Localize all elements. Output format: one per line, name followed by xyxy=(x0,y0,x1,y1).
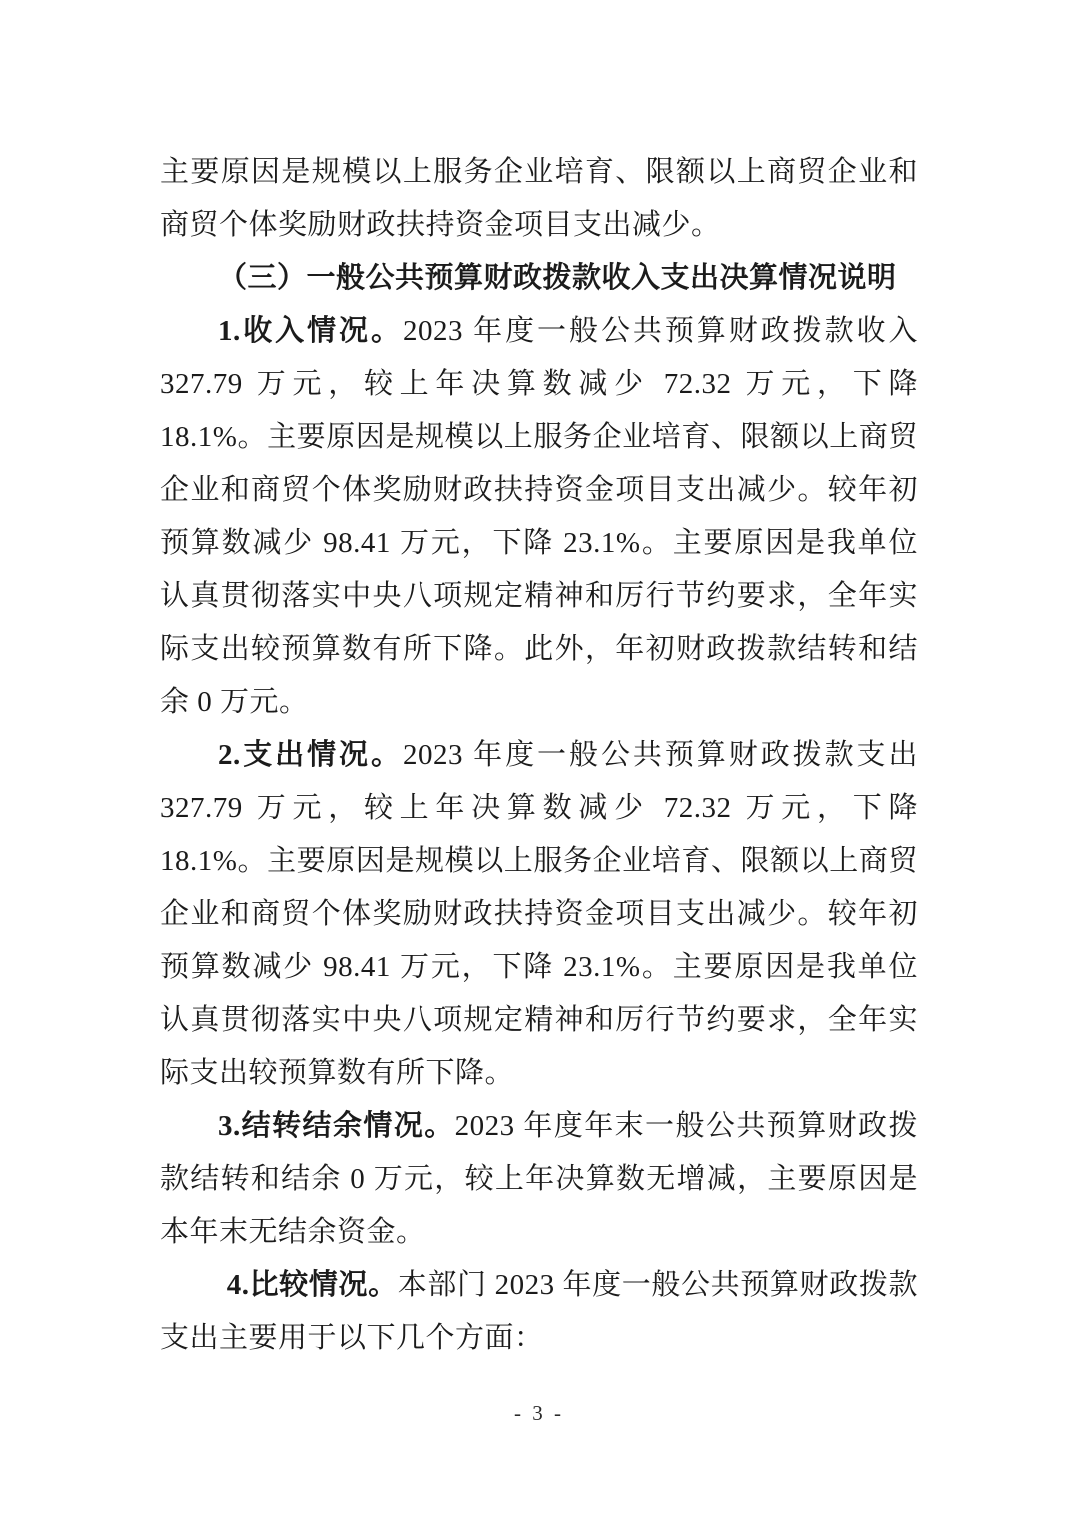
paragraph-income: 1.收入情况。2023 年度一般公共预算财政拨款收入 327.79 万元，较上年… xyxy=(160,305,918,729)
paragraph-income-text: 2023 年度一般公共预算财政拨款收入 327.79 万元，较上年决算数减少 7… xyxy=(160,315,918,718)
paragraph-expenditure: 2.支出情况。2023 年度一般公共预算财政拨款支出 327.79 万元，较上年… xyxy=(160,729,918,1100)
paragraph-expenditure-label: 2.支出情况。 xyxy=(218,739,403,771)
page-number: - 3 - xyxy=(0,1398,1075,1428)
document-page: 主要原因是规模以上服务企业培育、限额以上商贸企业和商贸个体奖励财政扶持资金项目支… xyxy=(0,0,1075,1520)
paragraph-expenditure-text: 2023 年度一般公共预算财政拨款支出 327.79 万元，较上年决算数减少 7… xyxy=(160,739,918,1089)
paragraph-comparison: 4.比较情况。本部门 2023 年度一般公共预算财政拨款支出主要用于以下几个方面… xyxy=(160,1259,918,1365)
paragraph-comparison-label: 4.比较情况。 xyxy=(227,1269,398,1301)
document-body: 主要原因是规模以上服务企业培育、限额以上商贸企业和商贸个体奖励财政扶持资金项目支… xyxy=(160,146,918,1365)
paragraph-continuation: 主要原因是规模以上服务企业培育、限额以上商贸企业和商贸个体奖励财政扶持资金项目支… xyxy=(160,146,918,252)
paragraph-carryover-label: 3.结转结余情况。 xyxy=(218,1110,455,1142)
paragraph-carryover: 3.结转结余情况。2023 年度年末一般公共预算财政拨款结转和结余 0 万元，较… xyxy=(160,1100,918,1259)
paragraph-income-label: 1.收入情况。 xyxy=(218,315,403,347)
section-heading: （三）一般公共预算财政拨款收入支出决算情况说明 xyxy=(160,252,918,305)
